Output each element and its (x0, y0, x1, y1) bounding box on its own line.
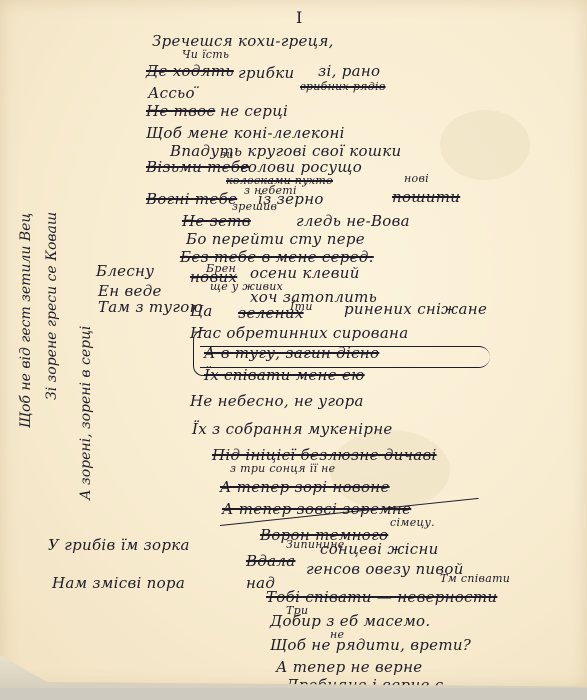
manuscript-line: Щоб не рядити, врети? (270, 636, 471, 654)
manuscript-line: Ассьо ̈ (148, 84, 200, 102)
manuscript-line: Там з тугою (98, 298, 203, 316)
struck-manuscript-line: А тепер зорі новоне (220, 478, 390, 496)
paper-stain (330, 430, 450, 510)
struck-manuscript-line: Не зетв (182, 212, 251, 230)
section-number: I (296, 8, 302, 27)
manuscript-line: Ца (190, 302, 213, 320)
manuscript-line: не серці (220, 102, 288, 120)
manuscript-line: гледь не-Вова (296, 212, 410, 230)
struck-manuscript-line: пошити (392, 188, 460, 206)
manuscript-line: Зречешся кохи-греця, (152, 32, 334, 50)
struck-manuscript-line: грибних рядів (300, 80, 386, 93)
struck-manuscript-line: Не твоє (146, 102, 215, 120)
manuscript-line: Бо перейти сту пере (186, 230, 365, 248)
deletion-loop-mark (200, 346, 490, 368)
manuscript-line: У грибів їм зорка (48, 536, 190, 554)
paper-stain (440, 110, 530, 180)
manuscript-page: I Зречешся кохи-греця,Чи їстьДе ходятьгр… (0, 0, 587, 688)
manuscript-line: Нам змісві пора (52, 574, 185, 592)
manuscript-line: сімецу. (390, 516, 435, 529)
struck-manuscript-line: Їх співати мене ею (204, 366, 365, 384)
manuscript-line: Щоб мене коні-лелеконі (146, 124, 345, 142)
manuscript-line: зи (220, 148, 234, 161)
manuscript-line: грибки (238, 64, 294, 82)
margin-note: А зорені, зорені в серці (78, 326, 94, 500)
manuscript-line: Чи їсть (182, 48, 229, 61)
manuscript-line: Блесну (96, 262, 154, 280)
struck-manuscript-line: Де ходять (146, 62, 234, 80)
manuscript-line: А тепер не верне (276, 658, 422, 676)
margin-note: Зі зорене греси се Коваш (44, 212, 60, 400)
manuscript-line: Нас обретинних сирована (190, 324, 408, 342)
manuscript-line: з три сонця її не (230, 462, 335, 475)
struck-manuscript-line: Вогні тебе (146, 190, 237, 208)
struck-manuscript-line: Вдала (246, 552, 295, 570)
manuscript-line: ринених сніжане (344, 300, 487, 318)
manuscript-line: Тм співати (440, 572, 510, 585)
manuscript-line: зі, рано (318, 62, 380, 80)
margin-note: Щоб не від гест зетили Вец (18, 213, 34, 428)
scan-background (0, 688, 587, 700)
manuscript-line: Не небесно, не угора (190, 392, 364, 410)
struck-manuscript-line: зелених (238, 304, 304, 322)
manuscript-line: нові (404, 172, 429, 185)
manuscript-line: сонцеві жісни (320, 540, 439, 558)
manuscript-line: Їх з собрання мукенірне (192, 420, 393, 438)
manuscript-line: Добир з еб масемо. (270, 612, 430, 630)
